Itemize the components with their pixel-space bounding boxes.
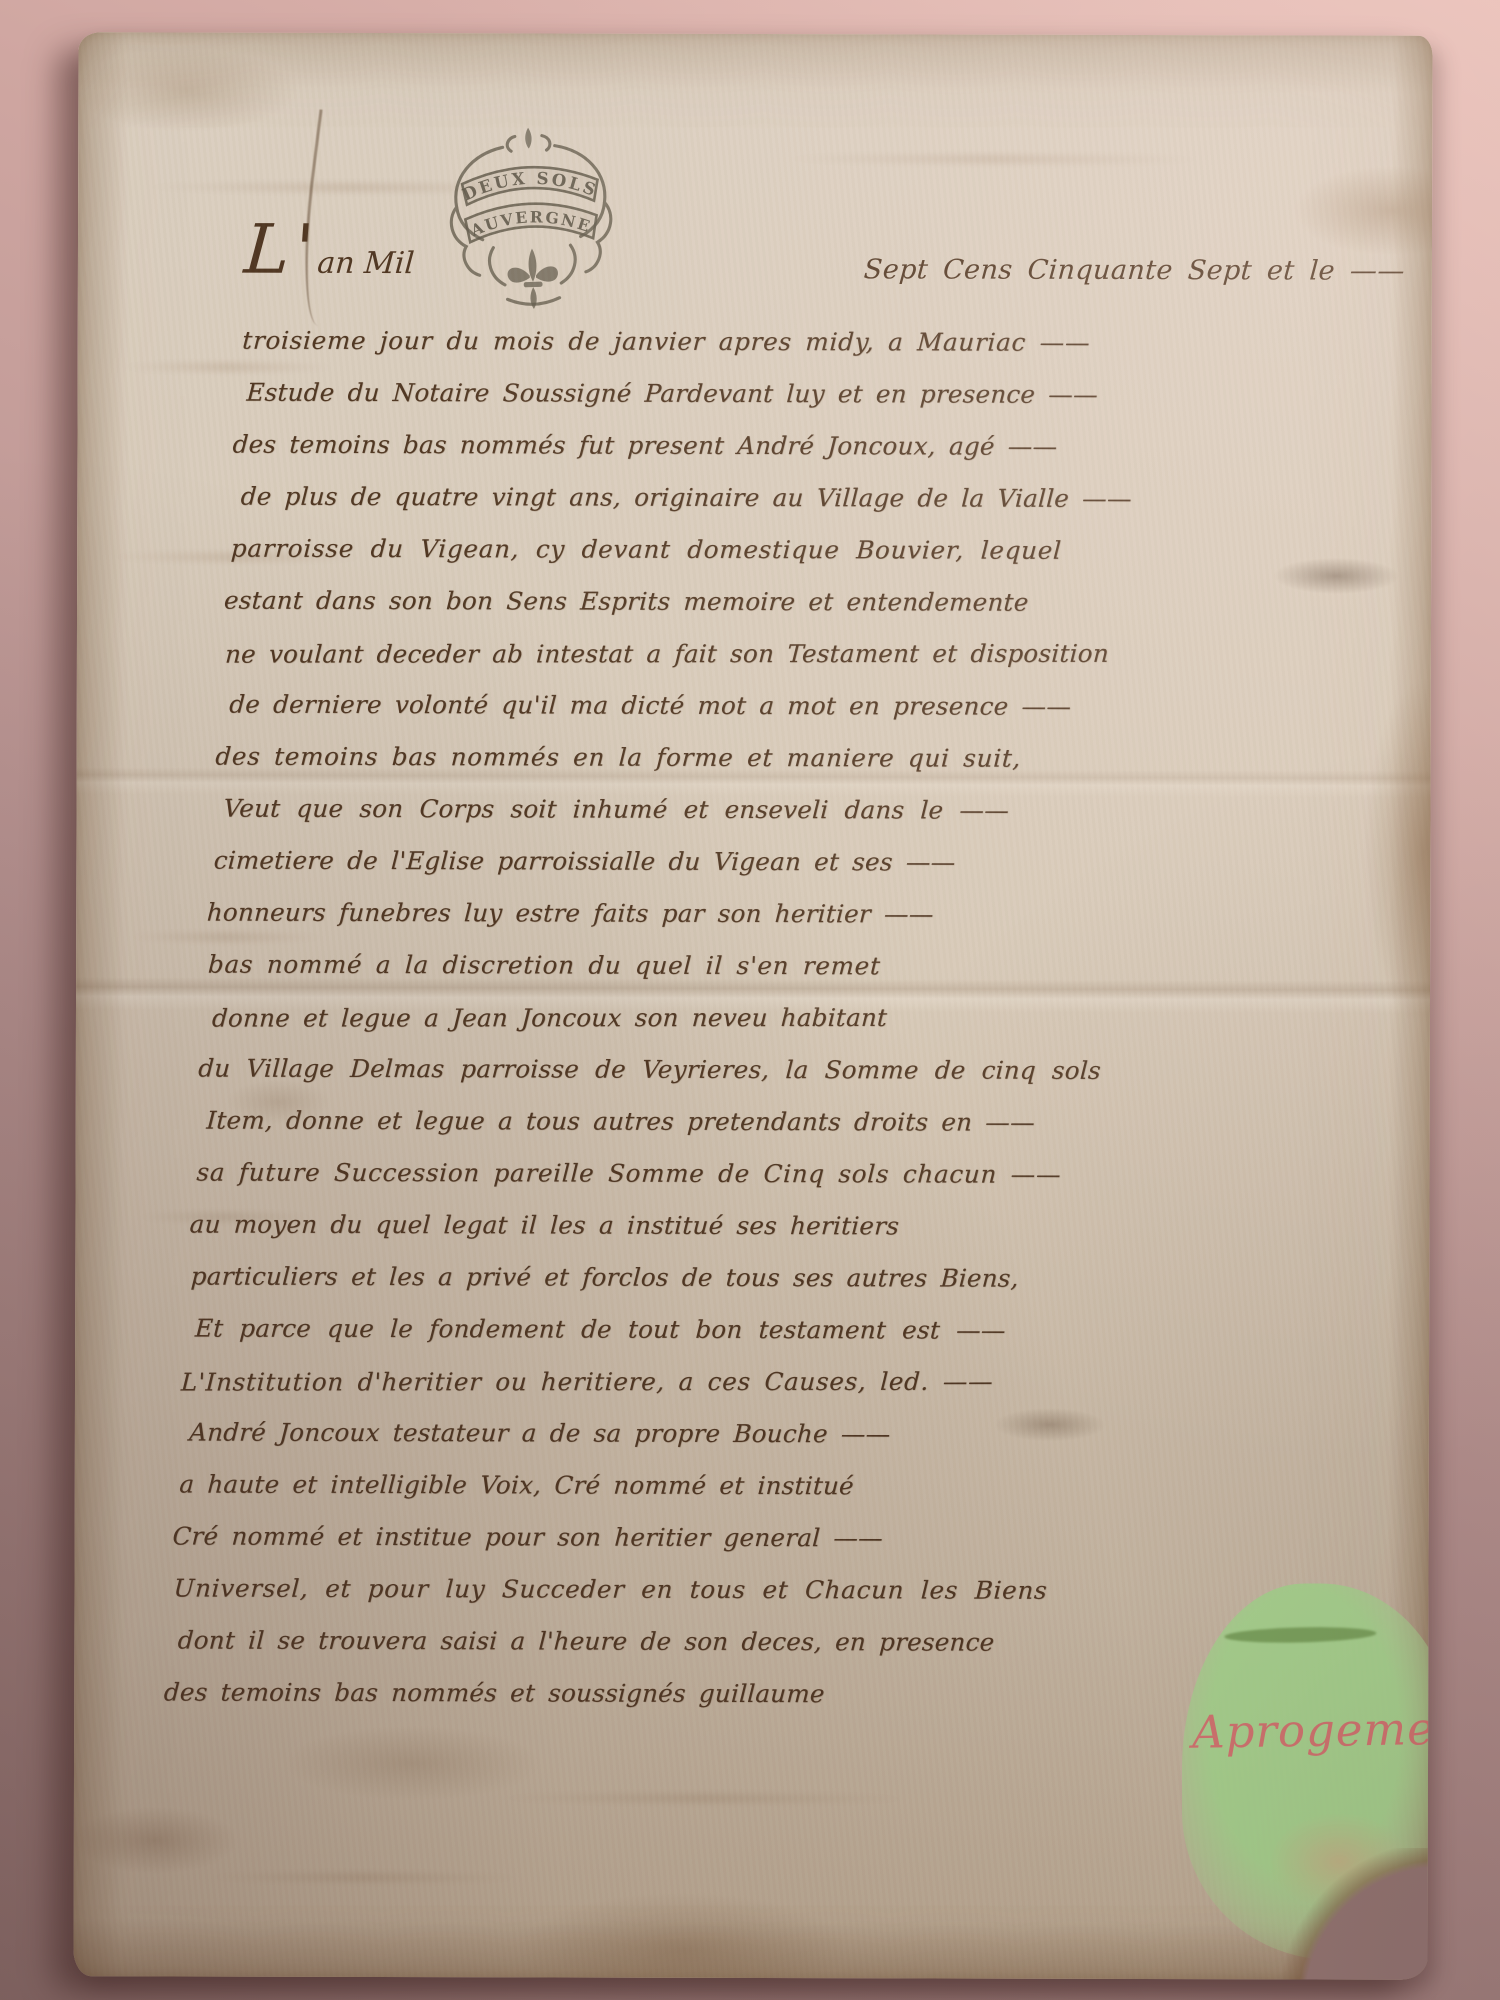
manuscript-line: de derniere volonté qu'il ma dicté mot a… bbox=[228, 679, 1360, 734]
manuscript-line: Cré nommé et institue pour son heritier … bbox=[171, 1510, 1314, 1565]
manuscript-line: donne et legue a Jean Joncoux son neveu … bbox=[211, 992, 1343, 1045]
torn-corner bbox=[1253, 1847, 1432, 1979]
manuscript-line: Estude du Notaire Soussigné Pardevant lu… bbox=[245, 367, 1377, 422]
manuscript-line: des temoins bas nommés fut present André… bbox=[231, 419, 1374, 474]
manuscript-line: sa future Succession pareille Somme de C… bbox=[195, 1147, 1334, 1202]
manuscript-line: Universel, et pour luy Succeder en tous … bbox=[172, 1562, 1311, 1617]
fiscal-stamp: DEUX SOLS AUVERGNE bbox=[429, 118, 633, 322]
manuscript-line: troisieme jour du mois de janvier apres … bbox=[241, 315, 1380, 370]
manuscript-line: parroisse du Vigean, cy devant domestiqu… bbox=[230, 523, 1369, 578]
manuscript-line: des temoins bas nommés en la forme et ma… bbox=[214, 731, 1357, 786]
manuscript-line: au moyen du quel legat il les a institué… bbox=[188, 1199, 1331, 1254]
manuscript-line: Item, donne et legue a tous autres prete… bbox=[205, 1095, 1337, 1150]
manuscript-line: dont il se trouvera saisi a l'heure de s… bbox=[176, 1615, 1308, 1670]
manuscript-line: cimetiere de l'Eglise parroissialle du V… bbox=[212, 835, 1351, 890]
manuscript-line: a haute et intelligible Voix, Cré nommé … bbox=[178, 1459, 1317, 1514]
manuscript-line: de plus de quatre vingt ans, originaire … bbox=[239, 471, 1371, 526]
manuscript-page: DEUX SOLS AUVERGNE L'an Mil Sept Cens Ci… bbox=[73, 32, 1432, 1980]
manuscript-line: André Joncoux testateur a de sa propre B… bbox=[188, 1407, 1320, 1462]
photo-backdrop: DEUX SOLS AUVERGNE L'an Mil Sept Cens Ci… bbox=[0, 0, 1500, 2000]
manuscript-line: bas nommé a la discretion du quel il s'e… bbox=[207, 939, 1346, 994]
manuscript-line: estant dans son bon Sens Esprits memoire… bbox=[223, 575, 1366, 630]
manuscript-line: L'Institution d'heritier ou heritiere, a… bbox=[180, 1356, 1323, 1409]
stamp-plume bbox=[525, 128, 532, 149]
manuscript-line: ne voulant deceder ab intestat a fait so… bbox=[224, 628, 1363, 681]
manuscript-line: du Village Delmas parroisse de Veyrieres… bbox=[197, 1043, 1340, 1098]
manuscript-line: Veut que son Corps soit inhumé et enseve… bbox=[222, 783, 1354, 838]
opening-right-text: Sept Cens Cinquante Sept et le —— bbox=[863, 254, 1406, 286]
opening-left-text: L'an Mil bbox=[242, 237, 416, 281]
manuscript-line: Et parce que le fondement de tout bon te… bbox=[194, 1303, 1326, 1358]
manuscript-line: honneurs funebres luy estre faits par so… bbox=[205, 887, 1348, 942]
manuscript-body: troisieme jour du mois de janvier apres … bbox=[167, 315, 1380, 1722]
watermark: Aprogemere bbox=[1192, 1701, 1433, 1758]
manuscript-line: des temoins bas nommés et soussignés gui… bbox=[163, 1666, 1306, 1721]
manuscript-line: particuliers et les a privé et forclos d… bbox=[189, 1251, 1328, 1306]
